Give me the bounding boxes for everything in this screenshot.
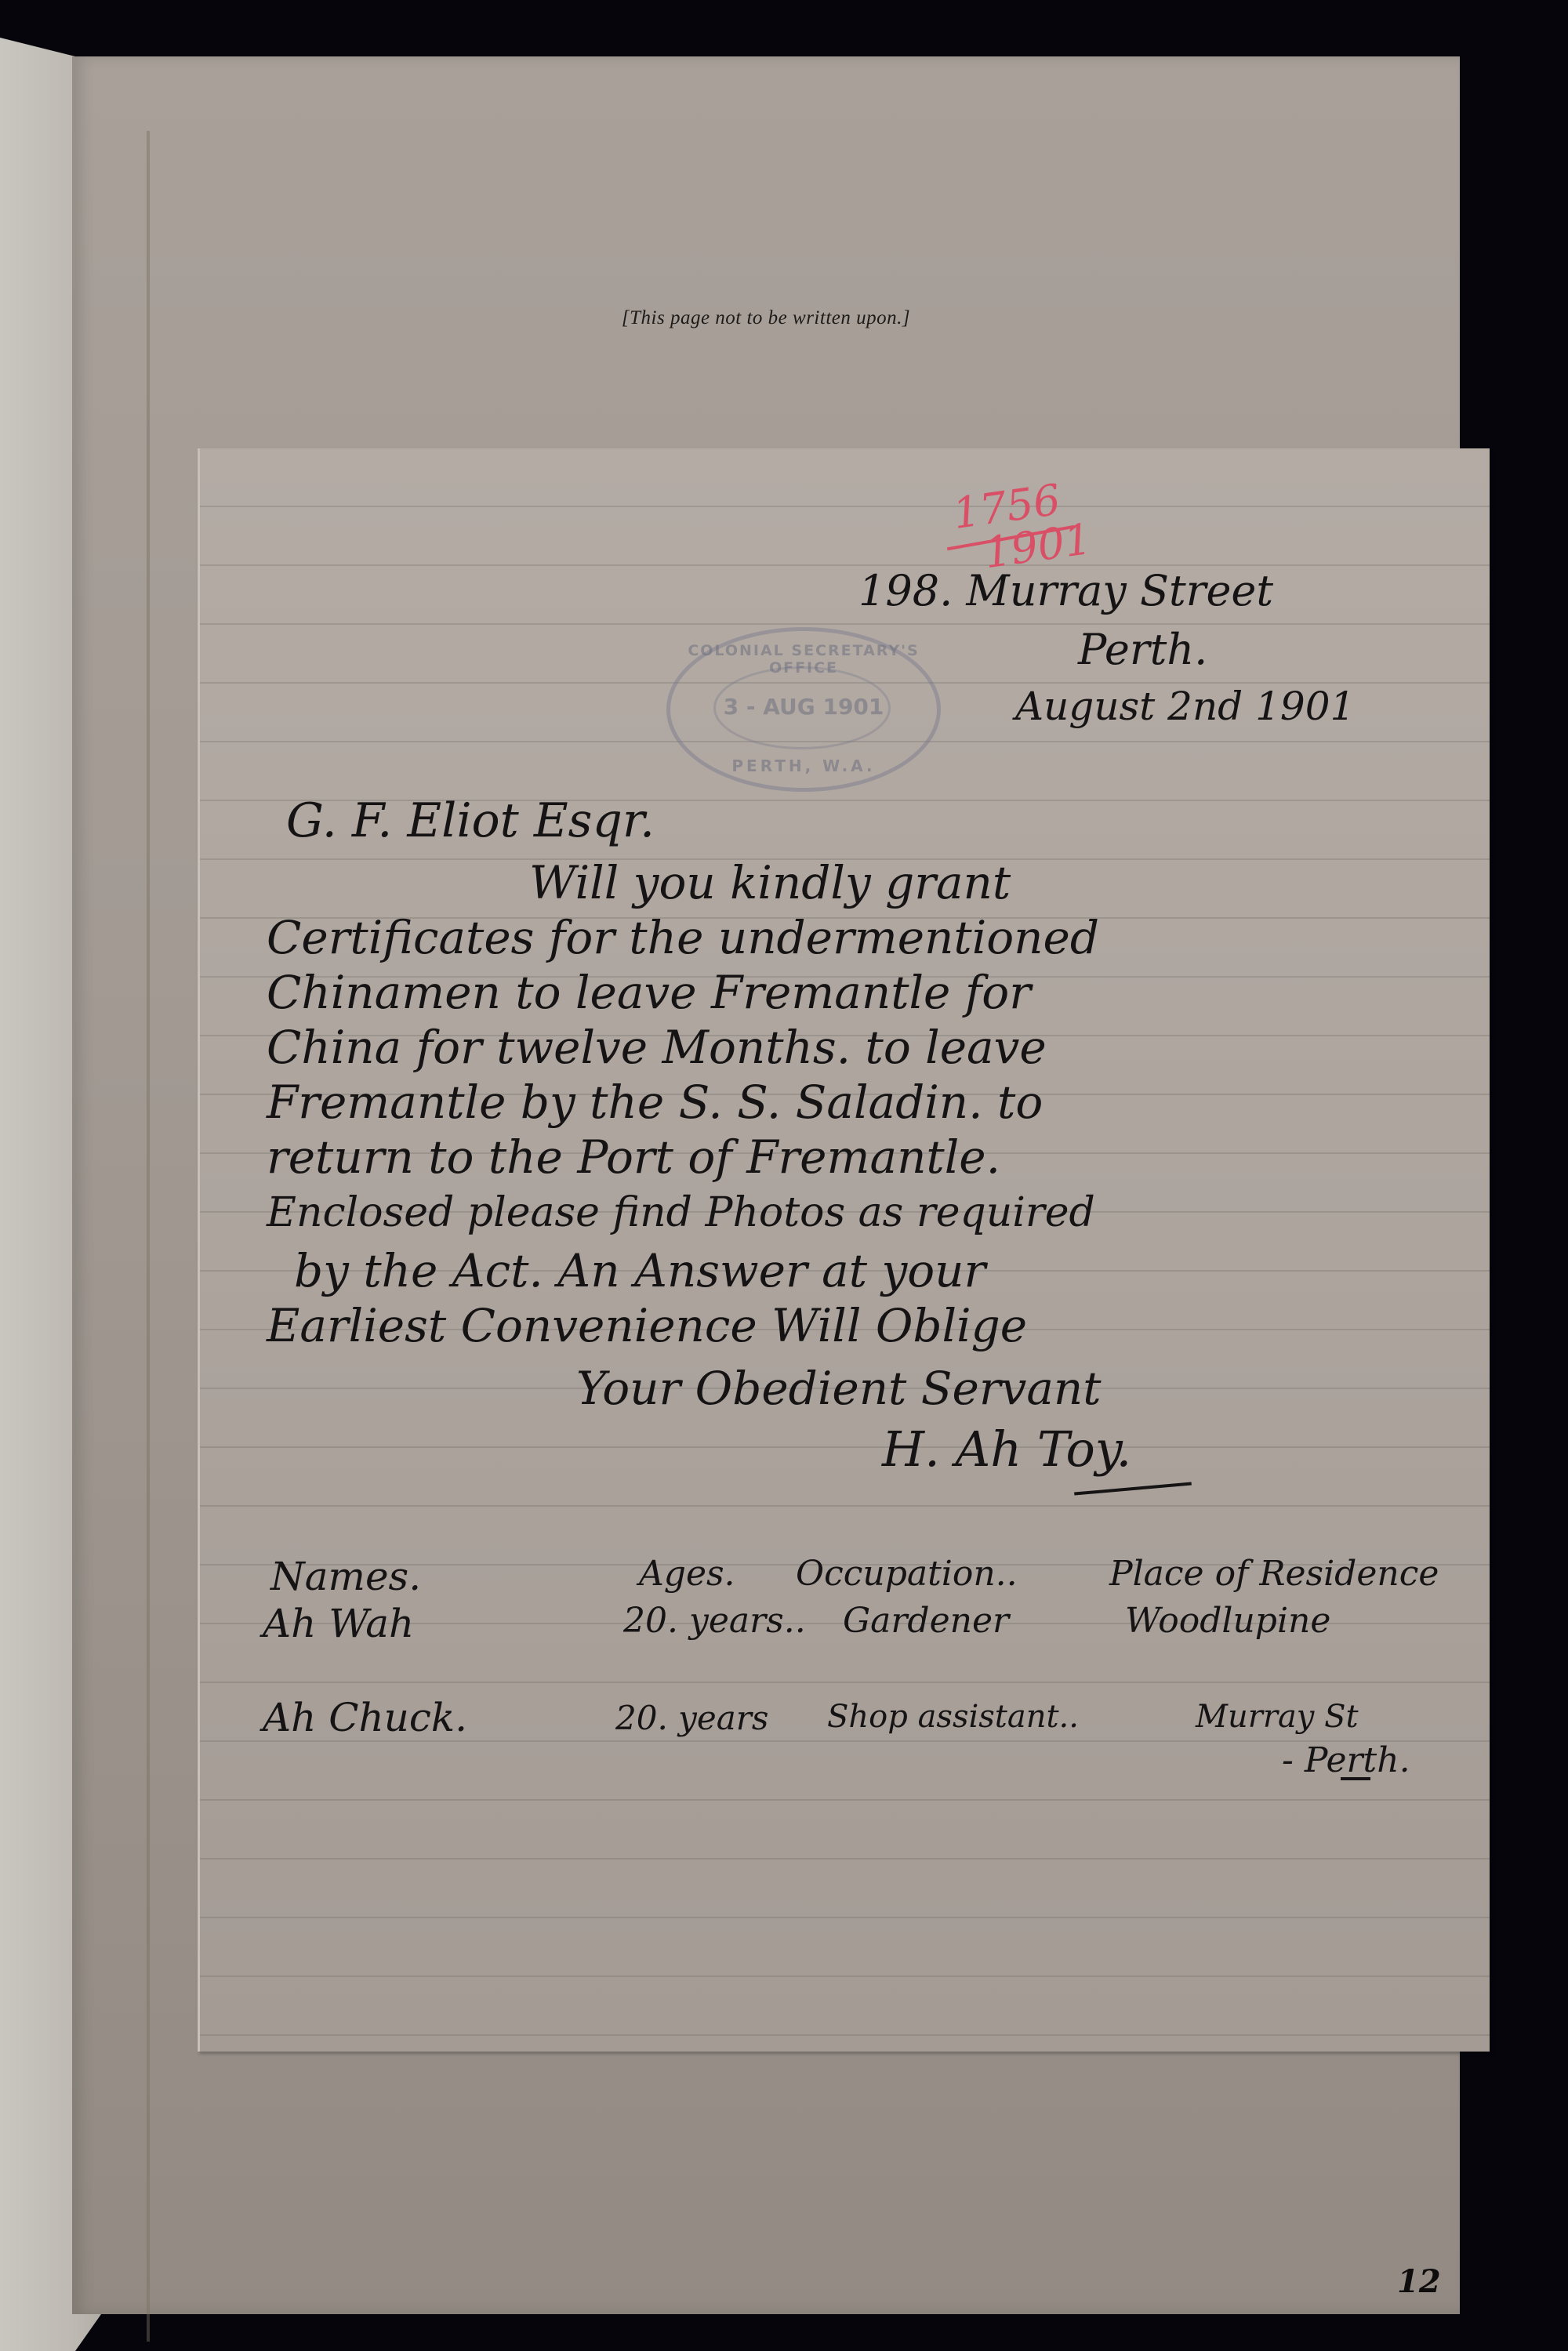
handwritten-letter: 1756 1901 198. Murray Street Perth. Augu… xyxy=(198,448,1490,2052)
binding-crease xyxy=(147,131,150,2342)
signature-underline xyxy=(1074,1482,1192,1495)
printed-header-note: [This page not to be written upon.] xyxy=(72,307,1460,329)
table-cell-age: 20. years.. xyxy=(623,1601,806,1641)
table-cell-residence: Murray St xyxy=(1196,1699,1359,1735)
address-line-1: 198. Murray Street xyxy=(858,566,1273,615)
table-header-occupation: Occupation.. xyxy=(796,1554,1018,1594)
stamp-date: 3 - AUG 1901 xyxy=(670,694,937,720)
table-cell-residence-continued: - Perth. xyxy=(1282,1740,1410,1780)
table-cell-occupation: Shop assistant.. xyxy=(827,1699,1079,1735)
facing-page-bleed-marks xyxy=(43,606,74,692)
received-stamp: COLONIAL SECRETARY'S OFFICE 3 - AUG 1901… xyxy=(666,627,941,792)
body-line: Enclosed please find Photos as required xyxy=(267,1189,1095,1236)
table-cell-residence: Woodlupine xyxy=(1125,1601,1330,1641)
closing: Your Obedient Servant xyxy=(576,1362,1102,1415)
salutation: G. F. Eliot Esqr. xyxy=(286,793,655,848)
body-line: by the Act. An Answer at your xyxy=(294,1244,985,1297)
table-cell-name: Ah Wah xyxy=(263,1601,414,1646)
file-reference-annotation: 1756 1901 xyxy=(953,480,1091,571)
body-line: Will you kindly grant xyxy=(529,856,1011,909)
table-header-ages: Ages. xyxy=(639,1554,735,1594)
body-line: Chinamen to leave Fremantle for xyxy=(267,966,1031,1019)
table-header-names: Names. xyxy=(270,1554,421,1599)
body-line: Earliest Convenience Will Oblige xyxy=(267,1299,1027,1352)
residence-underline xyxy=(1341,1777,1370,1780)
table-header-residence: Place of Residence xyxy=(1109,1554,1439,1594)
body-line: China for twelve Months. to leave xyxy=(267,1021,1047,1074)
stamp-location: PERTH, W.A. xyxy=(670,756,937,775)
body-line: Fremantle by the S. S. Saladin. to xyxy=(267,1076,1043,1129)
table-cell-name: Ah Chuck. xyxy=(263,1695,467,1740)
stamp-office-text: COLONIAL SECRETARY'S OFFICE xyxy=(670,642,937,677)
body-line: return to the Port of Fremantle. xyxy=(267,1130,1000,1184)
table-cell-occupation: Gardener xyxy=(843,1601,1009,1641)
folio-page-number: 12 xyxy=(1397,2263,1441,2300)
body-line: Certificates for the undermentioned xyxy=(267,911,1099,964)
table-cell-age: 20. years xyxy=(615,1699,768,1737)
letter-date: August 2nd 1901 xyxy=(1015,684,1355,729)
signature: H. Ah Toy. xyxy=(882,1420,1131,1478)
folio-page: [This page not to be written upon.] 1756… xyxy=(72,56,1460,2314)
address-line-2: Perth. xyxy=(1078,625,1207,674)
